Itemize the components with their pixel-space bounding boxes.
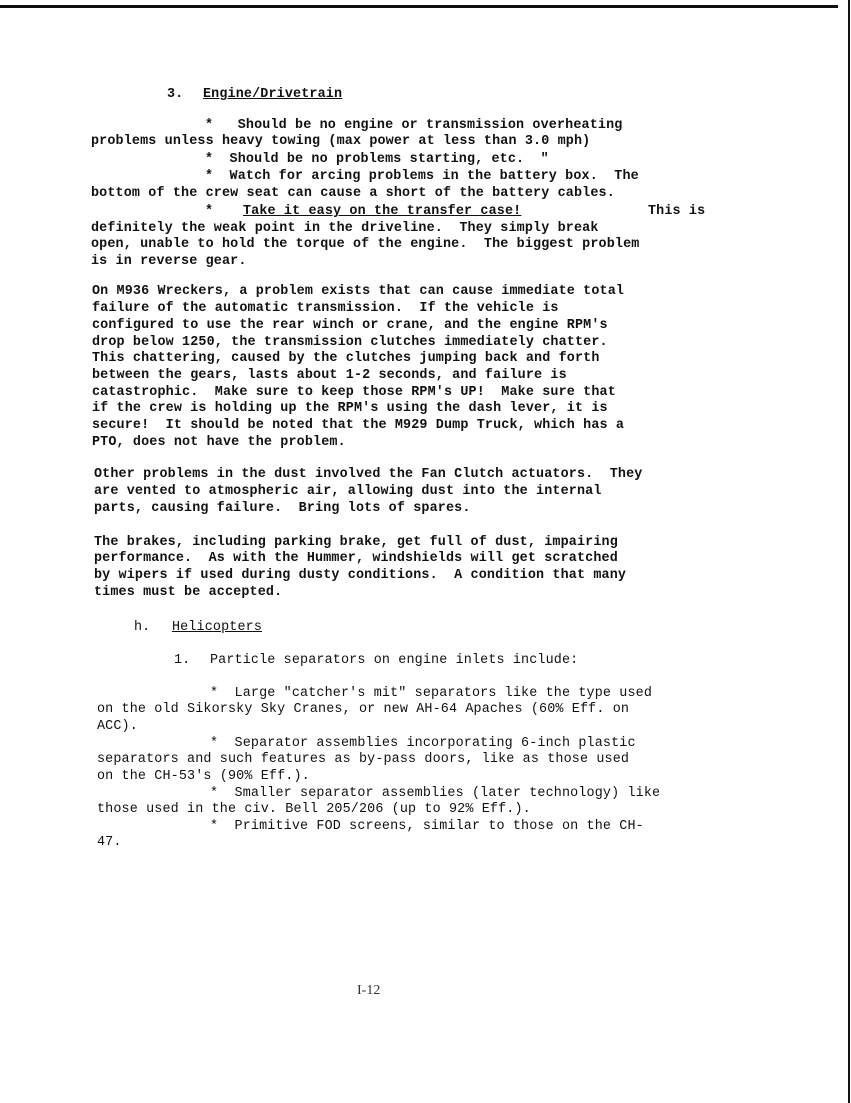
paragraph-fan-clutch-line-2: are vented to atmospheric air, allowing … <box>94 484 602 500</box>
paragraph-brakes-line-3: by wipers if used during dusty condition… <box>94 568 626 584</box>
bullet-starting: * Should be no problems starting, etc. " <box>205 152 549 168</box>
bullet-transfer-case-emphasis: Take it easy on the transfer case! <box>243 204 521 220</box>
paragraph-brakes-line-2: performance. As with the Hummer, windshi… <box>94 551 618 567</box>
heli-bullet-separator-assemblies-line-2: separators and such features as by-pass … <box>97 752 629 768</box>
section-3-number: 3. <box>167 87 183 103</box>
scan-border-top <box>0 5 838 8</box>
item-1-number: 1. <box>174 653 190 669</box>
paragraph-brakes-line-4: times must be accepted. <box>94 585 282 601</box>
heli-bullet-separator-assemblies-line-1: * Separator assemblies incorporating 6-i… <box>210 736 636 752</box>
bullet-battery-box-line-2: bottom of the crew seat can cause a shor… <box>91 186 615 202</box>
page-number: I-12 <box>357 983 380 999</box>
item-1-text: Particle separators on engine inlets inc… <box>210 653 578 669</box>
heli-bullet-separator-assemblies-line-3: on the CH-53's (90% Eff.). <box>97 769 310 785</box>
bullet-transfer-case-line-1-rest: This is <box>648 204 705 220</box>
paragraph-wreckers-line-8: if the crew is holding up the RPM's usin… <box>92 401 608 417</box>
heli-bullet-smaller-separators-line-1: * Smaller separator assemblies (later te… <box>210 786 660 802</box>
paragraph-wreckers-line-3: configured to use the rear winch or cran… <box>92 318 608 334</box>
section-3-title: Engine/Drivetrain <box>203 87 342 103</box>
paragraph-wreckers-line-2: failure of the automatic transmission. I… <box>92 301 559 317</box>
bullet-engine-overheating-line-2: problems unless heavy towing (max power … <box>91 134 590 150</box>
paragraph-wreckers-line-10: PTO, does not have the problem. <box>92 435 346 451</box>
paragraph-wreckers-line-7: catastrophic. Make sure to keep those RP… <box>92 385 616 401</box>
scan-border-right <box>848 0 850 1103</box>
paragraph-wreckers-line-4: drop below 1250, the transmission clutch… <box>92 335 608 351</box>
heli-bullet-catchers-mit-line-3: ACC). <box>97 719 138 735</box>
paragraph-wreckers-line-9: secure! It should be noted that the M929… <box>92 418 624 434</box>
paragraph-brakes-line-1: The brakes, including parking brake, get… <box>94 535 618 551</box>
bullet-engine-overheating-line-1: * Should be no engine or transmission ov… <box>205 118 711 134</box>
section-h-letter: h. <box>134 620 150 636</box>
bullet-transfer-case-line-4: is in reverse gear. <box>91 254 247 270</box>
section-h-title: Helicopters <box>172 620 262 636</box>
paragraph-fan-clutch-line-1: Other problems in the dust involved the … <box>94 467 642 483</box>
heli-bullet-catchers-mit-line-1: * Large "catcher's mit" separators like … <box>210 686 652 702</box>
heli-bullet-fod-screens-line-2: 47. <box>97 835 122 851</box>
paragraph-wreckers-line-1: On M936 Wreckers, a problem exists that … <box>92 284 624 300</box>
paragraph-wreckers-line-5: This chattering, caused by the clutches … <box>92 351 600 367</box>
heli-bullet-fod-screens-line-1: * Primitive FOD screens, similar to thos… <box>210 819 644 835</box>
paragraph-fan-clutch-line-3: parts, causing failure. Bring lots of sp… <box>94 501 471 517</box>
bullet-transfer-case-line-3: open, unable to hold the torque of the e… <box>91 237 639 253</box>
heli-bullet-smaller-separators-line-2: those used in the civ. Bell 205/206 (up … <box>97 802 531 818</box>
bullet-transfer-case-marker: * <box>205 204 213 220</box>
bullet-battery-box-line-1: * Watch for arcing problems in the batte… <box>205 169 711 185</box>
bullet-transfer-case-line-2: definitely the weak point in the driveli… <box>91 221 599 237</box>
heli-bullet-catchers-mit-line-2: on the old Sikorsky Sky Cranes, or new A… <box>97 702 629 718</box>
paragraph-wreckers-line-6: between the gears, lasts about 1-2 secon… <box>92 368 567 384</box>
